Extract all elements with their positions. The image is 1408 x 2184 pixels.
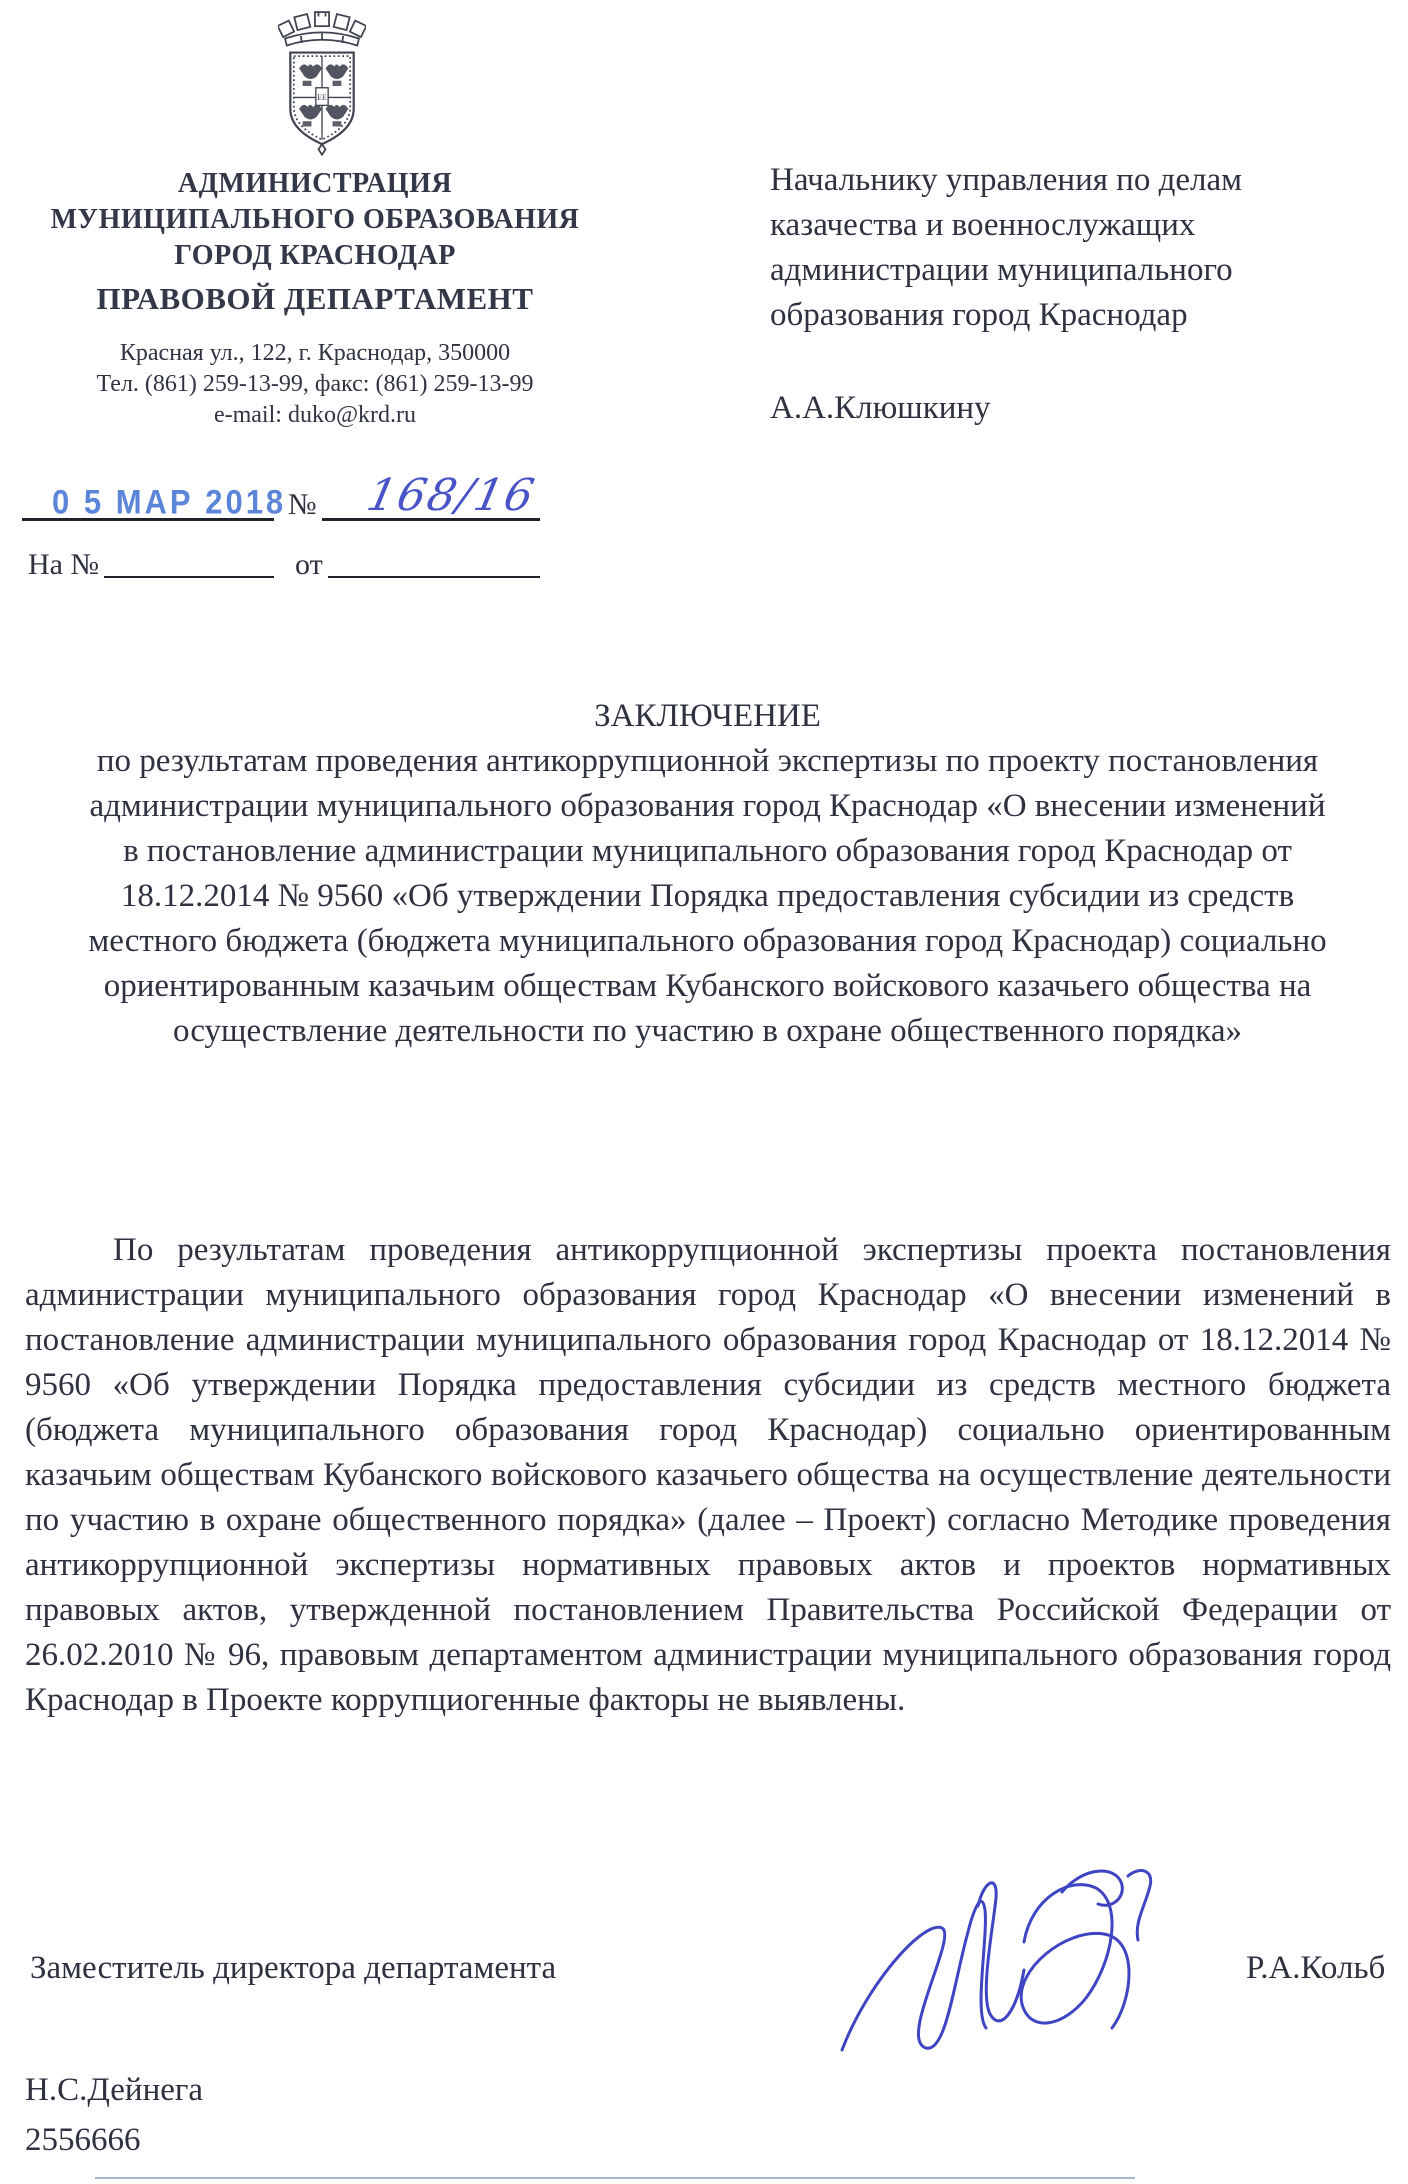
from-label: от [295, 548, 323, 582]
from-underline [328, 576, 540, 578]
body-paragraph: По результатам проведения антикоррупцион… [25, 1228, 1391, 1723]
letterhead-org-name: АДМИНИСТРАЦИЯ МУНИЦИПАЛЬНОГО ОБРАЗОВАНИЯ… [15, 166, 615, 274]
number-underline [322, 518, 540, 521]
org-line: ГОРОД КРАСНОДАР [15, 238, 615, 274]
letterhead-department: ПРАВОВОЙ ДЕПАРТАМЕНТ [15, 280, 615, 318]
document-page: ЕЕ АДМИНИСТРАЦИЯ МУНИЦИПАЛЬНОГО ОБРАЗОВА… [0, 0, 1408, 2184]
title-subtitle: по результатам проведения антикоррупцион… [88, 743, 1326, 1049]
title-heading: ЗАКЛЮЧЕНИЕ [85, 694, 1330, 739]
org-line: МУНИЦИПАЛЬНОГО ОБРАЗОВАНИЯ [15, 202, 615, 238]
signatory-name: Р.А.Кольб [1246, 1950, 1385, 1987]
date-underline [22, 518, 274, 521]
address-line: Тел. (861) 259-13-99, факс: (861) 259-13… [15, 369, 615, 400]
outgoing-number-handwritten: 168/16 [363, 470, 541, 521]
org-line: АДМИНИСТРАЦИЯ [15, 166, 615, 202]
recipient-line: образования город Краснодар [770, 293, 1408, 338]
signatory-position: Заместитель директора департамента [30, 1950, 556, 1987]
recipient-line: казачества и военнослужащих [770, 203, 1408, 248]
recipient-name: А.А.Клюшкину [770, 386, 1408, 431]
scan-edge-line [95, 2177, 1135, 2179]
number-label: № [288, 488, 317, 522]
executor-phone: 2556666 [25, 2122, 141, 2159]
svg-text:ЕЕ: ЕЕ [317, 93, 327, 102]
signature-handwritten [828, 1862, 1248, 2082]
date-stamp: 0 5 МАР 2018 [52, 482, 286, 522]
address-line: Красная ул., 122, г. Краснодар, 350000 [15, 338, 615, 369]
on-number-underline [104, 576, 274, 578]
executor-name: Н.С.Дейнега [25, 2072, 203, 2109]
recipient-line: Начальнику управления по делам [770, 158, 1408, 203]
recipient-block: Начальнику управления по делам казачеств… [770, 158, 1408, 431]
letterhead-address: Красная ул., 122, г. Краснодар, 350000 Т… [15, 338, 615, 431]
recipient-line: администрации муниципального [770, 248, 1408, 293]
document-title: ЗАКЛЮЧЕНИЕ по результатам проведения ант… [85, 694, 1330, 1054]
krasnodar-coat-of-arms-icon: ЕЕ [278, 10, 366, 162]
address-line: e-mail: duko@krd.ru [15, 400, 615, 431]
on-number-label: На № [28, 548, 99, 582]
